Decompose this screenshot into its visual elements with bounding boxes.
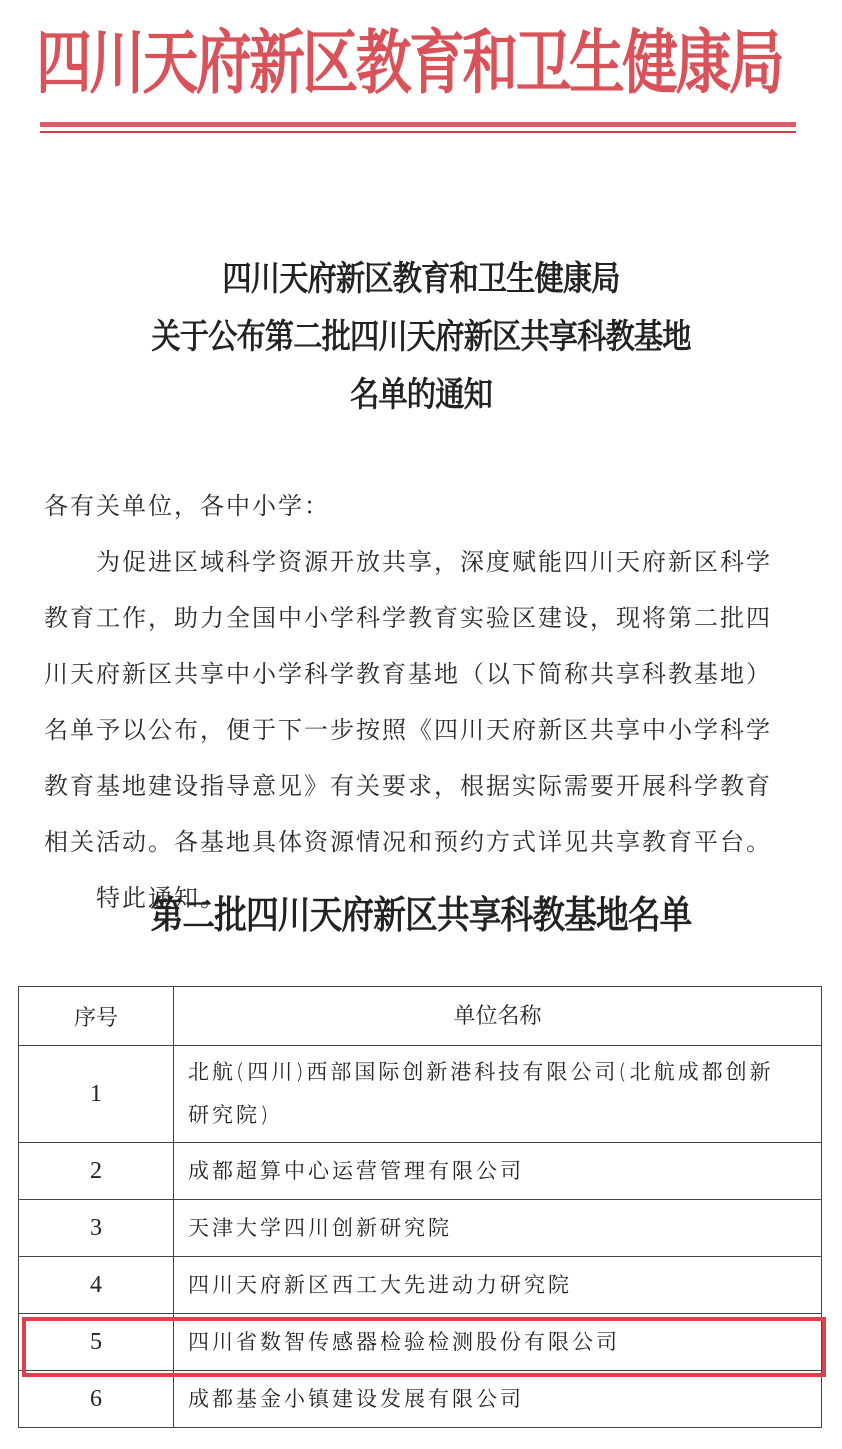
body-line: 教育工作，助力全国中小学科学教育实验区建设，现将第二批四 [44,590,784,646]
row-name: 北航(四川)西部国际创新港科技有限公司(北航成都创新 研究院) [174,1046,822,1143]
title-line-1: 四川天府新区教育和卫生健康局 [59,250,783,308]
table-row: 2 成都超算中心运营管理有限公司 [19,1143,822,1200]
row-number: 3 [19,1200,174,1257]
bases-table: 序号 单位名称 1 北航(四川)西部国际创新港科技有限公司(北航成都创新 研究院… [18,986,822,1428]
table-row: 4 四川天府新区西工大先进动力研究院 [19,1257,822,1314]
document-body: 各有关单位，各中小学： 为促进区域科学资源开放共享，深度赋能四川天府新区科学 教… [44,478,784,926]
row-name: 成都超算中心运营管理有限公司 [174,1143,822,1200]
masthead-title: 四川天府新区教育和卫生健康局 [36,17,667,109]
header-number: 序号 [19,987,174,1046]
salutation: 各有关单位，各中小学： [44,478,784,534]
row-number: 5 [19,1314,174,1371]
table-row-highlighted: 5 四川省数智传感器检验检测股份有限公司 [19,1314,822,1371]
row-number: 4 [19,1257,174,1314]
row-name-line: 北航(四川)西部国际创新港科技有限公司(北航成都创新 [188,1051,821,1094]
row-name: 四川天府新区西工大先进动力研究院 [174,1257,822,1314]
row-number: 6 [19,1371,174,1428]
row-name-line: 研究院) [188,1094,821,1137]
row-number: 2 [19,1143,174,1200]
row-name: 成都基金小镇建设发展有限公司 [174,1371,822,1428]
row-number: 1 [19,1046,174,1143]
table-row: 1 北航(四川)西部国际创新港科技有限公司(北航成都创新 研究院) [19,1046,822,1143]
body-line: 教育基地建设指导意见》有关要求，根据实际需要开展科学教育 [44,758,784,814]
body-line: 名单予以公布，便于下一步按照《四川天府新区共享中小学科学 [44,702,784,758]
body-paragraph: 为促进区域科学资源开放共享，深度赋能四川天府新区科学 教育工作，助力全国中小学科… [44,534,784,870]
table-row: 3 天津大学四川创新研究院 [19,1200,822,1257]
masthead-rule-thin [40,131,796,133]
list-title: 第二批四川天府新区共享科教基地名单 [59,885,783,945]
title-line-2: 关于公布第二批四川天府新区共享科教基地 [59,308,783,366]
body-line: 川天府新区共享中小学科学教育基地（以下简称共享科教基地） [44,646,784,702]
table-row: 6 成都基金小镇建设发展有限公司 [19,1371,822,1428]
body-line: 相关活动。各基地具体资源情况和预约方式详见共享教育平台。 [44,814,784,870]
table-header-row: 序号 单位名称 [19,987,822,1046]
row-name: 天津大学四川创新研究院 [174,1200,822,1257]
title-line-3: 名单的通知 [59,366,783,424]
document-title: 四川天府新区教育和卫生健康局 关于公布第二批四川天府新区共享科教基地 名单的通知 [0,250,842,424]
header-name: 单位名称 [174,987,822,1046]
row-name: 四川省数智传感器检验检测股份有限公司 [174,1314,822,1371]
masthead-rule-thick [40,122,796,127]
body-line: 为促进区域科学资源开放共享，深度赋能四川天府新区科学 [44,534,784,590]
